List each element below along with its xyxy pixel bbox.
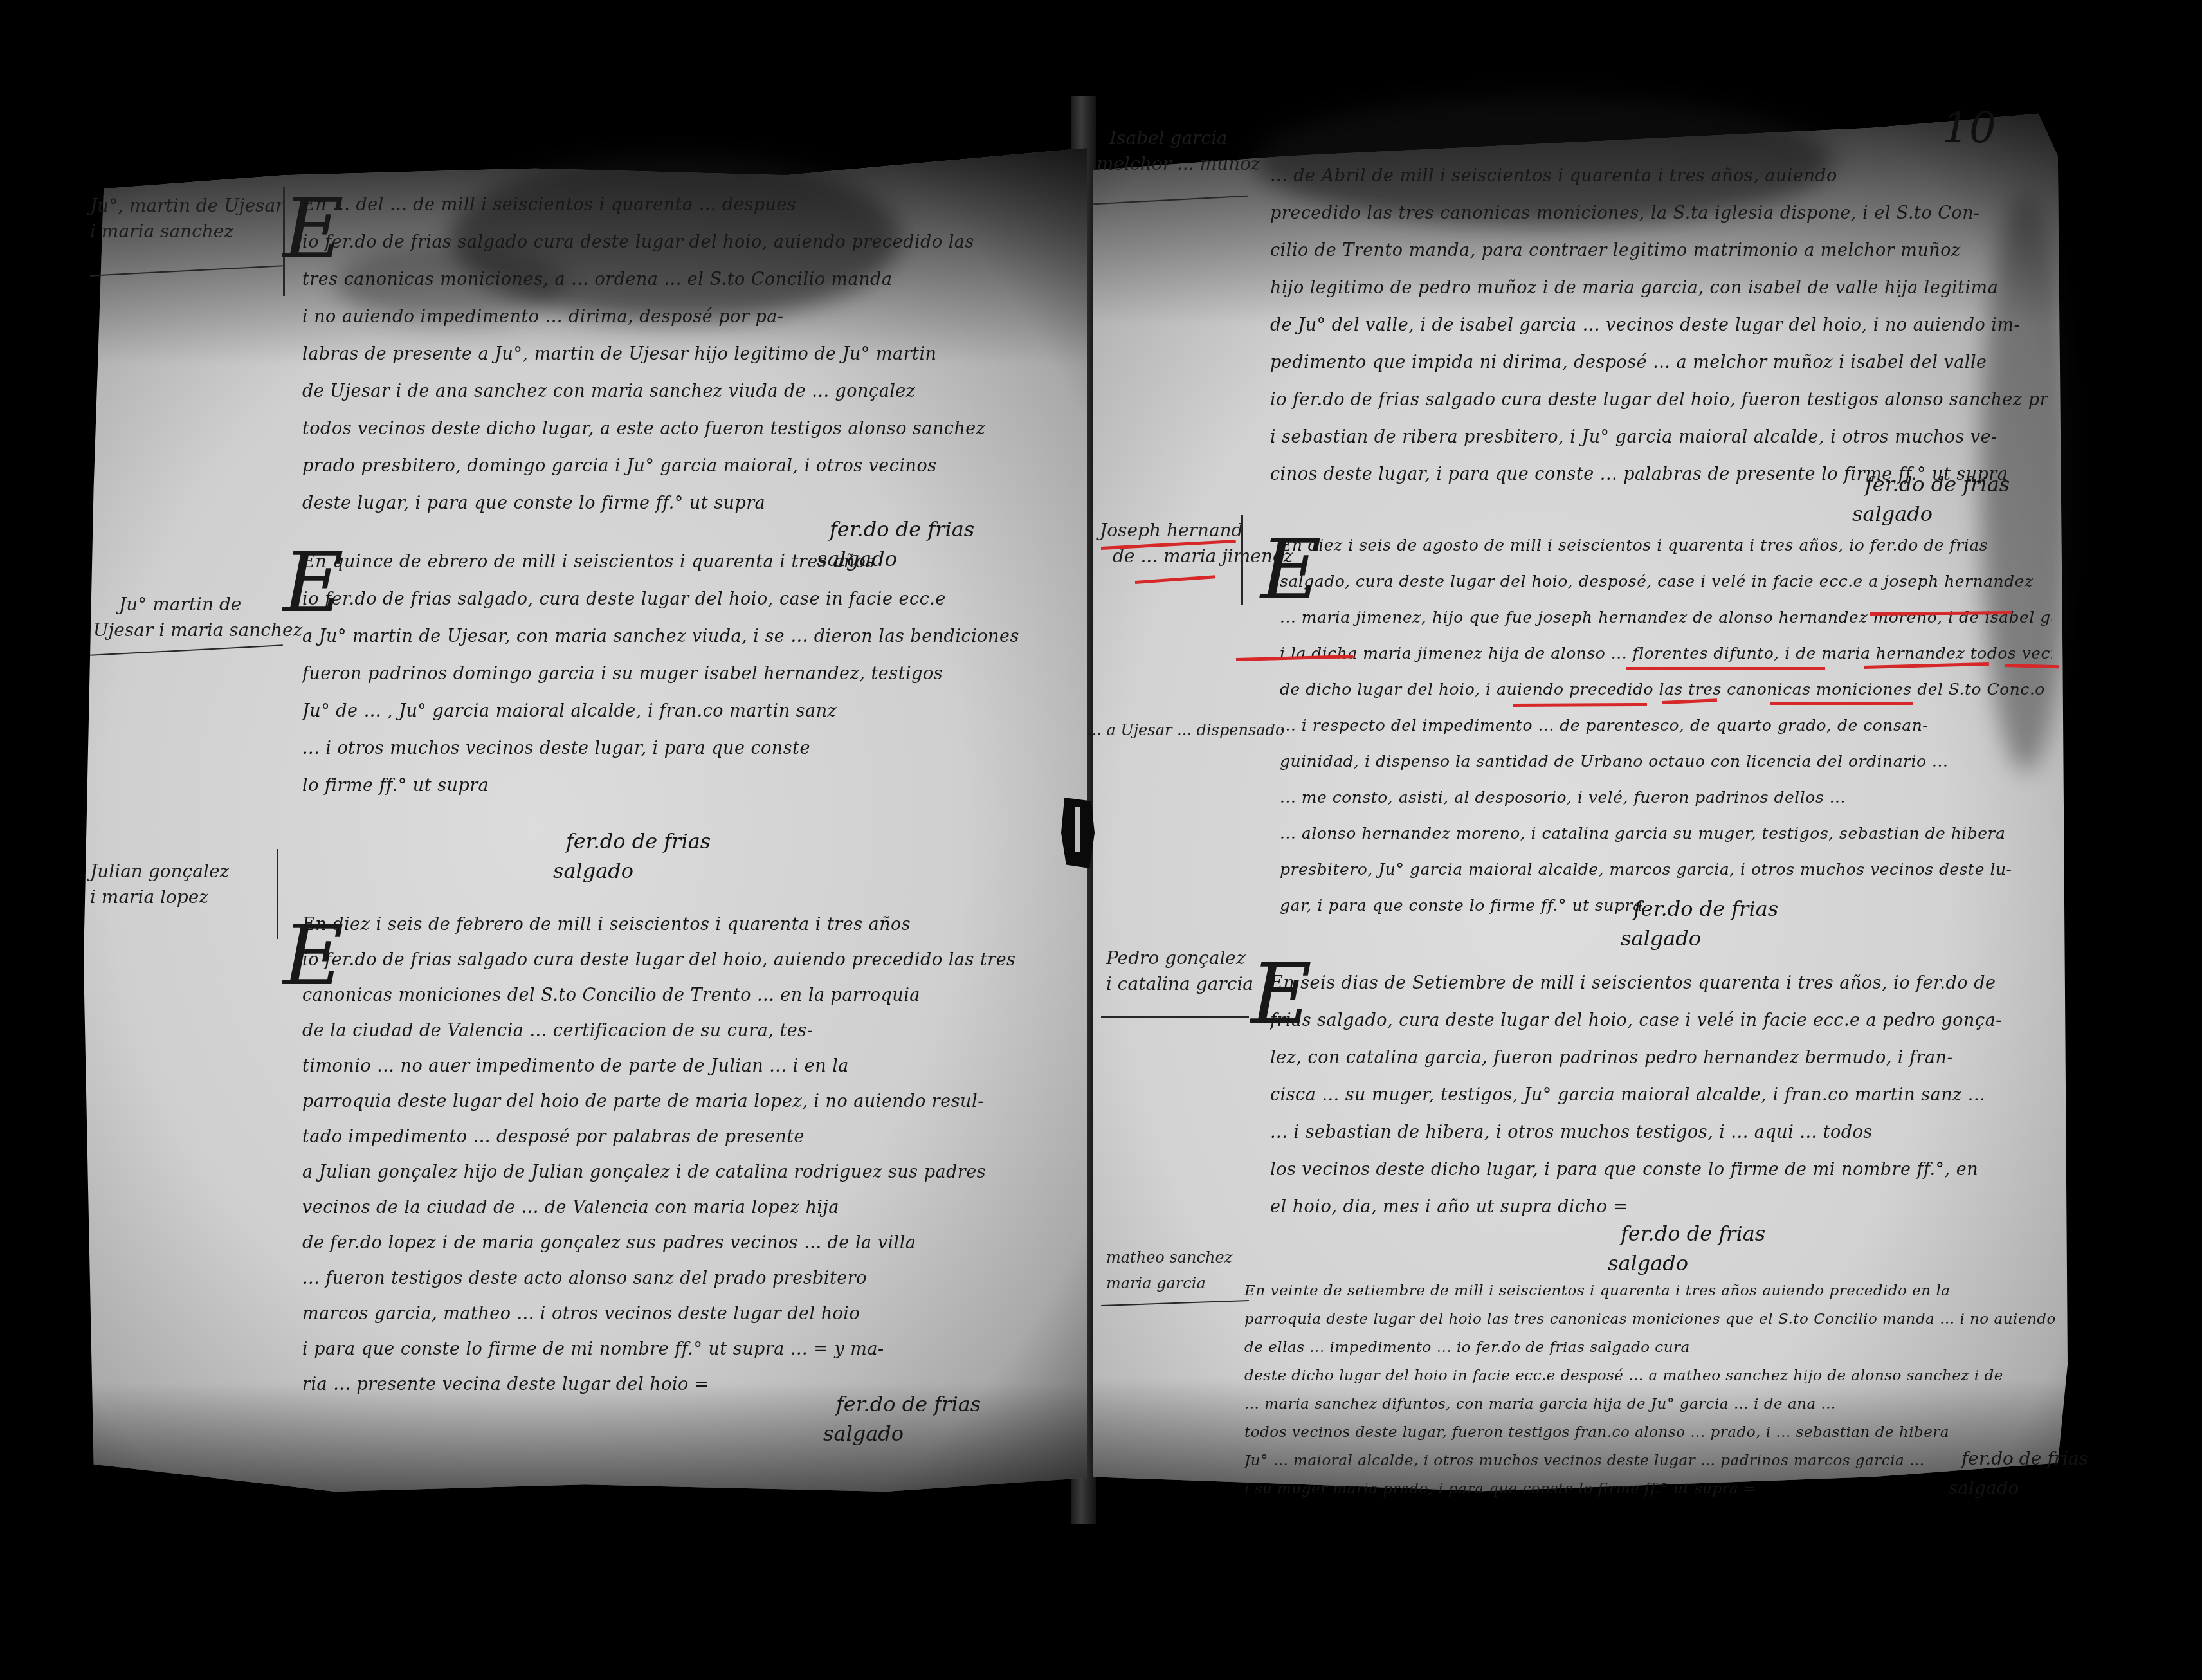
red-underline [1770,702,1913,705]
margin-note-line: Ju° martin de [93,592,302,617]
entry-line: lo firme ff.° ut supra [302,767,1074,805]
entry-line: io fer.do de frias salgado cura deste lu… [302,224,1074,261]
signature-line: fer.do de frias [823,1389,981,1419]
signature-line: fer.do de frias [553,826,711,856]
margin-note-line: i maria sanchez [90,219,284,244]
entry-line: ... i otros muchos vecinos deste lugar, … [302,730,1074,767]
entry-line: de fer.do lopez i de maria gonçalez sus … [302,1225,1074,1261]
signature-line: salgado [1852,499,2010,529]
margin-note-right-1: Isabel garcia melchor ... munoz [1096,125,1260,177]
entry-line: En diez i seis de agosto de mill i seisc… [1280,527,2052,563]
entry-line: ... de Abril de mill i seiscientos i qua… [1270,158,2048,195]
entry-line: prado presbitero, domingo garcia i Ju° g… [302,448,1074,485]
entry-line: deste dicho lugar del hoio in facie ecc.… [1244,1362,2061,1390]
entry-line: ... maria sanchez difuntos, con maria ga… [1244,1390,2061,1418]
margin-note-line: maria garcia [1106,1270,1232,1296]
entry-line: tres canonicas moniciones, a ... ordena … [302,261,1074,298]
entry-line: i no auiendo impedimento ... dirima, des… [302,298,1074,336]
entry-line: ... maria jimenez, hijo que fue joseph h… [1280,599,2052,635]
entry-line: timonio ... no auer impedimento de parte… [302,1048,1074,1084]
entry-line: i para que conste lo firme de mi nombre … [302,1331,1074,1367]
entry-line: cilio de Trento manda, para contraer leg… [1270,232,2048,269]
margin-note-right-3: ... a Ujesar ... dispensado [1087,717,1284,743]
entry-line: a Julian gonçalez hijo de Julian gonçale… [302,1155,1074,1190]
signature-line: fer.do de frias [817,515,974,544]
margin-bar [277,849,278,939]
entry-line: En diez i seis de febrero de mill i seis… [302,907,1074,942]
signature-line: salgado [1949,1474,2088,1503]
entry-line: canonicas moniciones del S.to Concilio d… [302,978,1074,1013]
entry-line: En seis dias de Setiembre de mill i seis… [1270,965,2052,1002]
signature-line: salgado [1621,924,1778,953]
entry-line: parroquia deste lugar del hoio las tres … [1244,1305,2061,1333]
entry-line: io fer.do de frias salgado cura deste lu… [302,942,1074,978]
red-underline [1626,667,1825,670]
entry-line: cisca ... su muger, testigos, Ju° garcia… [1270,1077,2052,1114]
register-entry: En ... del ... de mill i seiscientos i q… [302,187,1074,522]
entry-line: io fer.do de frias salgado, cura deste l… [302,581,1074,618]
entry-line: En veinte de setiembre de mill i seiscie… [1244,1277,2061,1305]
signature-line: fer.do de frias [1949,1444,2088,1474]
margin-note-line: i maria lopez [90,884,229,910]
entry-line: Ju° ... maioral alcalde, i otros muchos … [1244,1447,2061,1475]
signature-line: salgado [553,856,711,886]
margin-note-right-5: matheo sanchez maria garcia [1106,1245,1232,1296]
entry-line: de Ju° del valle, i de isabel garcia ...… [1270,307,2048,344]
folio-number: 10 [1942,103,1996,152]
margin-note-left-2: Ju° martin de Ujesar i maria sanchez [93,592,302,643]
entry-line: ... alonso hernandez moreno, i catalina … [1280,816,2052,852]
entry-line: los vecinos deste dicho lugar, i para qu… [1270,1151,2052,1189]
margin-note-line: Ujesar i maria sanchez [93,617,302,643]
entry-line: guinidad, i dispenso la santidad de Urba… [1280,744,2052,780]
entry-line: de la ciudad de Valencia ... certificaci… [302,1013,1074,1048]
margin-note-left-3: Julian gonçalez i maria lopez [90,859,229,910]
register-entry: ... de Abril de mill i seiscientos i qua… [1270,158,2048,493]
signature-line: fer.do de frias [1608,1219,1765,1248]
entry-line: presbitero, Ju° garcia maioral alcalde, … [1280,852,2052,888]
entry-line: labras de presente a Ju°, martin de Ujes… [302,336,1074,373]
entry-line: ... fueron testigos deste acto alonso sa… [302,1261,1074,1296]
margin-note-left-1: Ju°, martin de Ujesar i maria sanchez [90,193,284,244]
margin-note-line: i catalina garcia [1106,971,1253,997]
margin-note-line: Ju°, martin de Ujesar [90,193,284,219]
priest-signature: fer.do de frias salgado [1949,1444,2088,1503]
entry-line: ... i sebastian de hibera, i otros mucho… [1270,1114,2052,1151]
margin-note-line: ... a Ujesar ... dispensado [1087,717,1284,743]
entry-line: todos vecinos deste dicho lugar, a este … [302,410,1074,448]
priest-signature: fer.do de frias salgado [1608,1219,1765,1278]
register-entry: En diez i seis de febrero de mill i seis… [302,907,1074,1402]
entry-line: todos vecinos deste lugar, fueron testig… [1244,1418,2061,1447]
entry-line: lez, con catalina garcia, fueron padrino… [1270,1039,2052,1077]
entry-line: ... i respecto del impedimento ... de pa… [1280,708,2052,744]
margin-note-line: melchor ... munoz [1096,151,1260,177]
entry-line: hijo legitimo de pedro muñoz i de maria … [1270,269,2048,307]
signature-line: fer.do de frias [1852,470,2010,499]
entry-line: precedido las tres canonicas moniciones,… [1270,195,2048,232]
entry-line: fueron padrinos domingo garcia i su muge… [302,655,1074,693]
margin-note-line: matheo sanchez [1106,1245,1232,1270]
entry-line: pedimento que impida ni dirima, desposé … [1270,344,2048,381]
register-entry: En seis dias de Setiembre de mill i seis… [1270,965,2052,1226]
entry-line: io fer.do de frias salgado cura deste lu… [1270,381,2048,419]
signature-line: salgado [823,1419,981,1448]
document-scan: Ju°, martin de Ujesar i maria sanchez Ju… [0,0,2202,1680]
margin-bar [1241,515,1243,605]
entry-line: marcos garcia, matheo ... i otros vecino… [302,1296,1074,1331]
signature-line: fer.do de frias [1621,894,1778,924]
register-entry: En diez i seis de agosto de mill i seisc… [1280,527,2052,924]
margin-note-line: Julian gonçalez [90,859,229,884]
entry-line: salgado, cura deste lugar del hoio, desp… [1280,563,2052,599]
entry-line: frias salgado, cura deste lugar del hoio… [1270,1002,2052,1039]
entry-line: tado impedimento ... desposé por palabra… [302,1119,1074,1155]
entry-line: En quince de ebrero de mill i seisciento… [302,543,1074,581]
margin-note-line: Pedro gonçalez [1106,945,1253,971]
entry-line: i sebastian de ribera presbitero, i Ju° … [1270,419,2048,456]
priest-signature: fer.do de frias salgado [823,1389,981,1448]
entry-line: En ... del ... de mill i seiscientos i q… [302,187,1074,224]
entry-line: parroquia deste lugar del hoio de parte … [302,1084,1074,1119]
signature-line: salgado [1608,1248,1765,1278]
priest-signature: fer.do de frias salgado [1852,470,2010,529]
entry-line: de ellas ... impedimento ... io fer.do d… [1244,1333,2061,1362]
margin-note-line: Isabel garcia [1096,125,1260,151]
entry-line: Ju° de ... , Ju° garcia maioral alcalde,… [302,693,1074,730]
margin-rule [1101,1016,1249,1018]
priest-signature: fer.do de frias salgado [553,826,711,886]
register-entry: En quince de ebrero de mill i seisciento… [302,543,1074,805]
priest-signature: fer.do de frias salgado [1621,894,1778,953]
binding-clasp [1061,798,1095,868]
margin-note-right-4: Pedro gonçalez i catalina garcia [1106,945,1253,997]
entry-line: ... me consto, asisti, al desposorio, i … [1280,780,2052,816]
entry-line: i su muger maria prado, i para que const… [1244,1475,2061,1503]
entry-line: a Ju° martin de Ujesar, con maria sanche… [302,618,1074,655]
register-entry: En veinte de setiembre de mill i seiscie… [1244,1277,2061,1503]
entry-line: de Ujesar i de ana sanchez con maria san… [302,373,1074,410]
entry-line: vecinos de la ciudad de ... de Valencia … [302,1190,1074,1225]
